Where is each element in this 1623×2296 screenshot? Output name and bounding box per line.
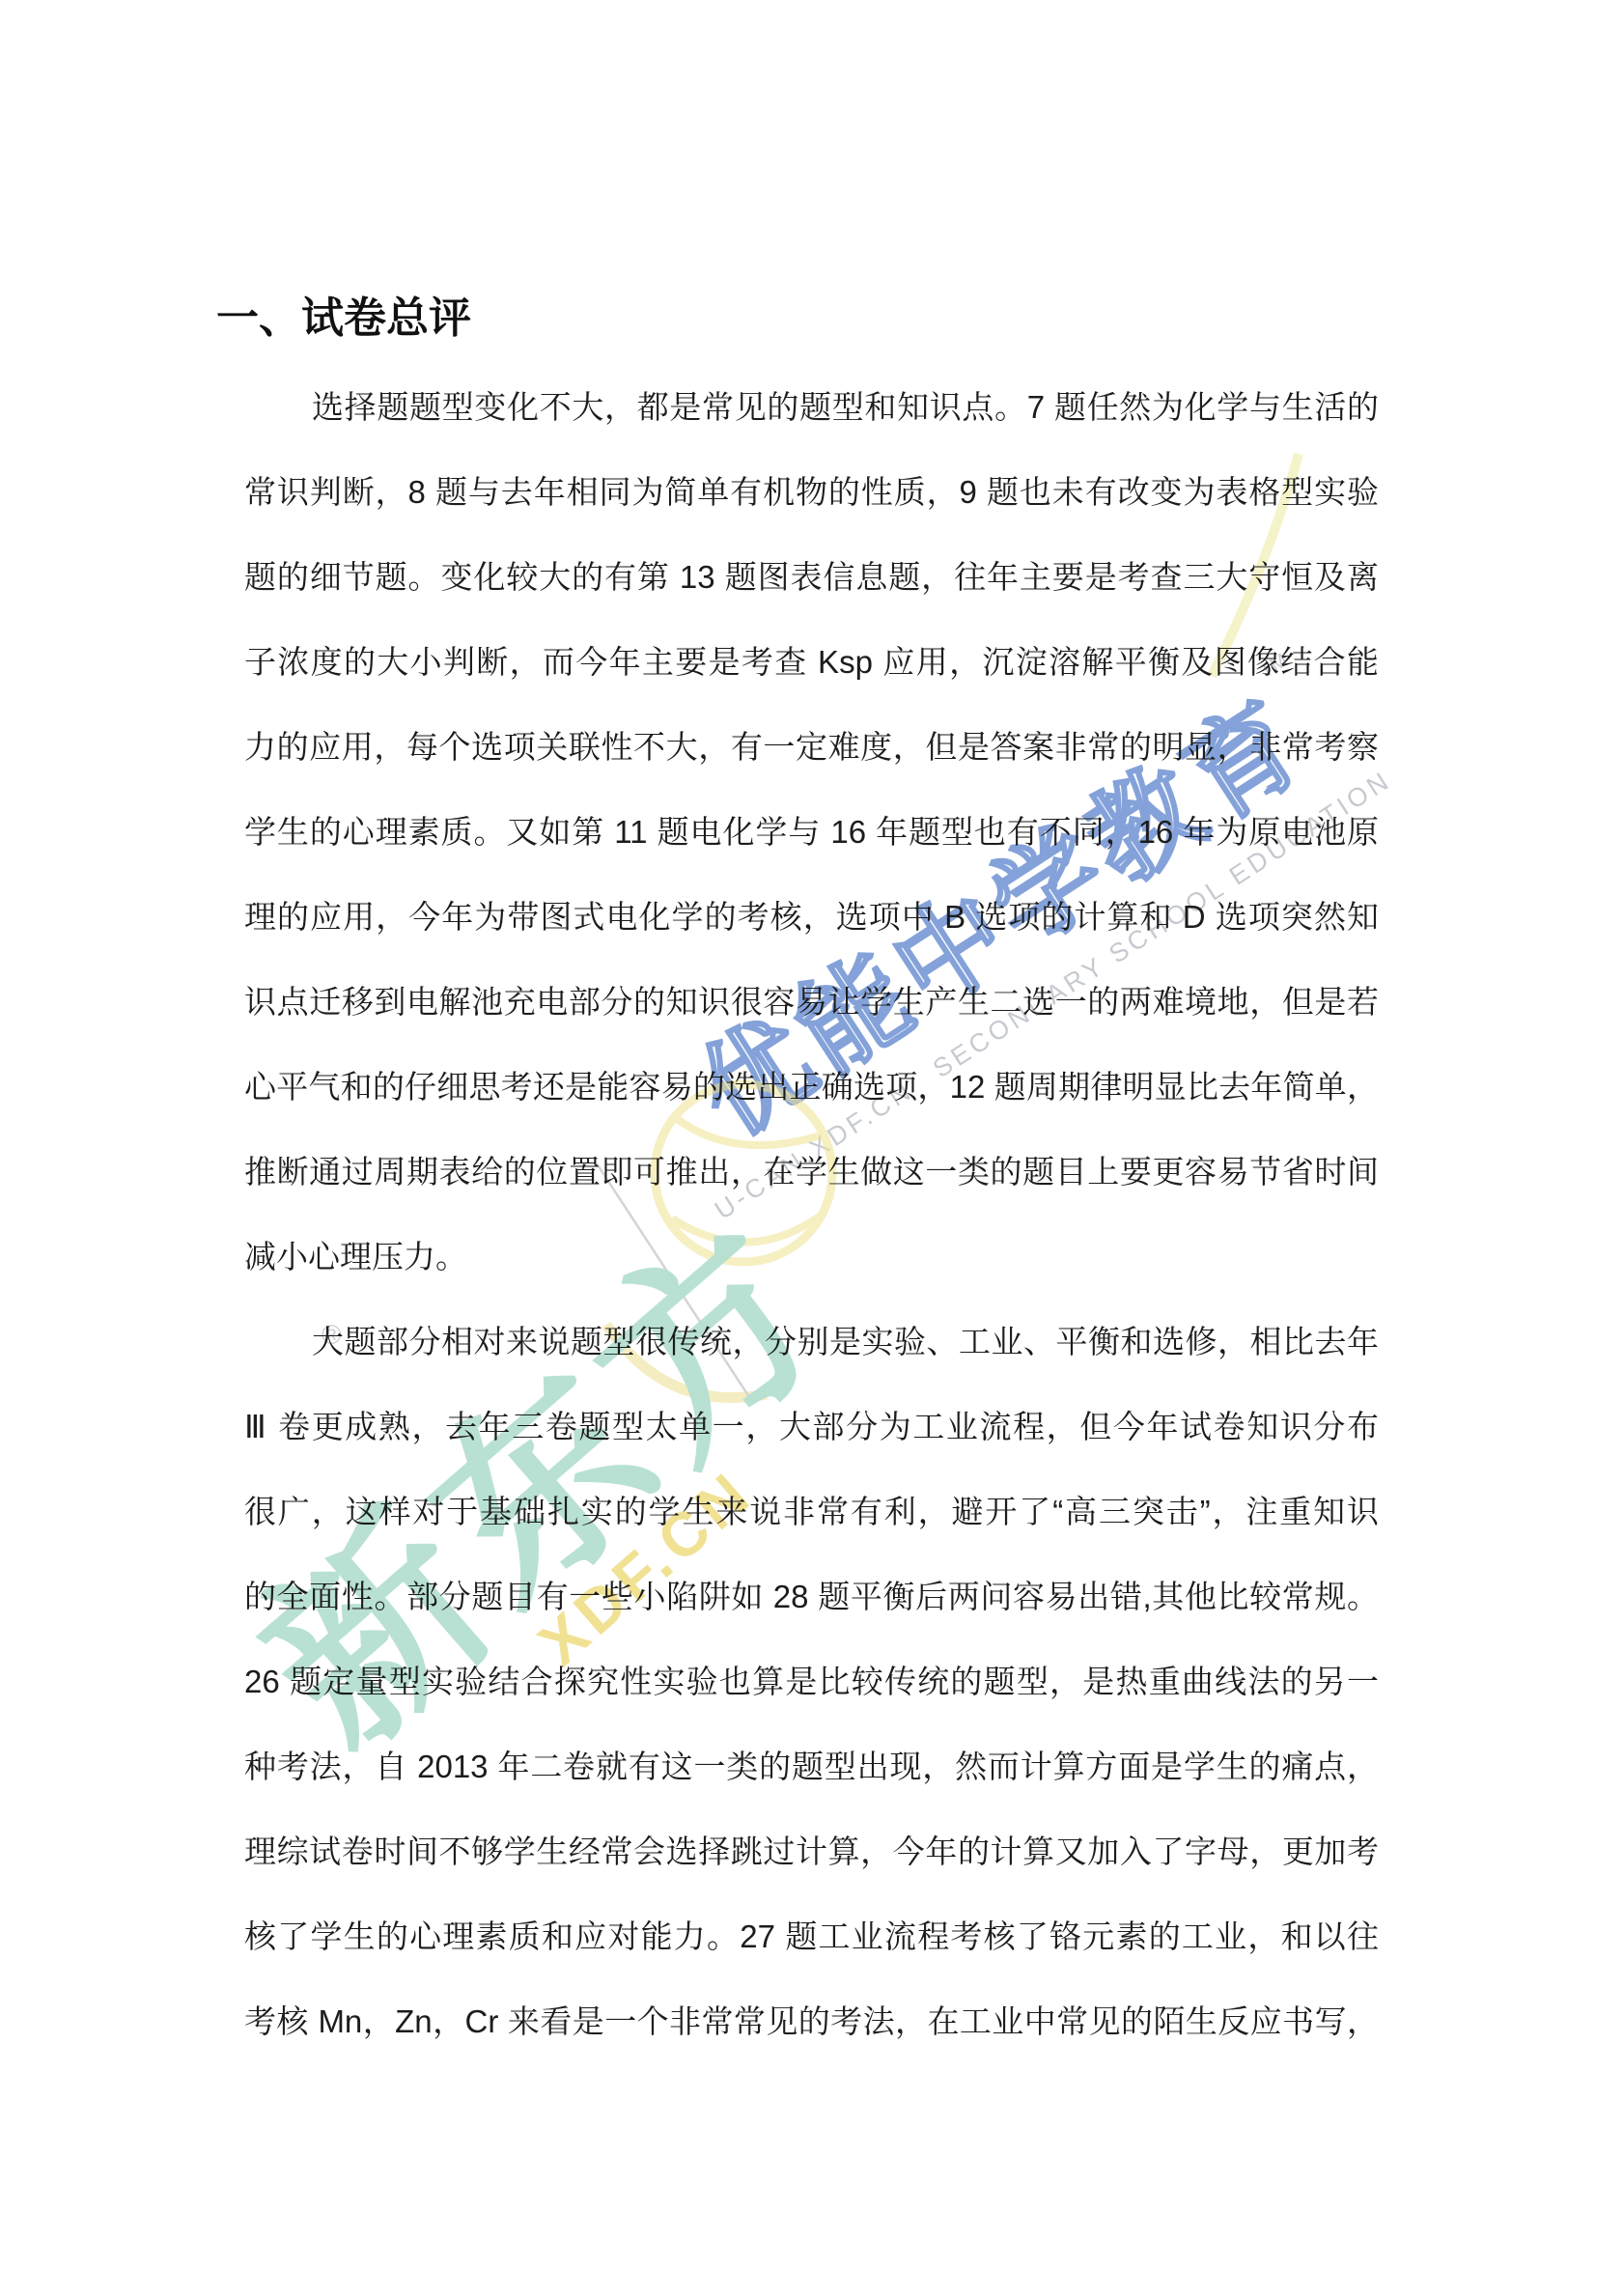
body-line: 学生的心理素质。又如第 11 题电化学与 16 年题型也有不同，16 年为原电池… <box>244 790 1379 875</box>
body-line: 识点迁移到电解池充电部分的知识很容易让学生产生二选一的两难境地，但是若 <box>244 960 1379 1045</box>
body-line: 推断通过周期表给的位置即可推出，在学生做这一类的题目上要更容易节省时间 <box>244 1130 1379 1215</box>
body-line: 26 题定量型实验结合探究性实验也算是比较传统的题型，是热重曲线法的另一 <box>244 1639 1379 1724</box>
body-line: 核了学生的心理素质和应对能力。27 题工业流程考核了铬元素的工业，和以往 <box>244 1894 1379 1979</box>
body-line: 常识判断，8 题与去年相同为简单有机物的性质，9 题也未有改变为表格型实验 <box>244 450 1379 535</box>
body-line: 大题部分相对来说题型很传统，分别是实验、工业、平衡和选修，相比去年 <box>244 1300 1379 1385</box>
body-line: 理综试卷时间不够学生经常会选择跳过计算，今年的计算又加入了字母，更加考 <box>244 1809 1379 1894</box>
body-line: 力的应用，每个选项关联性不大，有一定难度，但是答案非常的明显，非常考察 <box>244 705 1379 790</box>
body-line: 题的细节题。变化较大的有第 13 题图表信息题，往年主要是考查三大守恒及离 <box>244 535 1379 620</box>
body-line: 种考法，自 2013 年二卷就有这一类的题型出现，然而计算方面是学生的痛点， <box>244 1724 1379 1809</box>
body-line: 的全面性。部分题目有一些小陷阱如 28 题平衡后两问容易出错,其他比较常规。 <box>244 1554 1379 1639</box>
body-line: 子浓度的大小判断，而今年主要是考查 Ksp 应用，沉淀溶解平衡及图像结合能 <box>244 620 1379 705</box>
body-line: 选择题题型变化不大，都是常见的题型和知识点。7 题任然为化学与生活的 <box>244 365 1379 450</box>
body-line: 减小心理压力。 <box>244 1215 1379 1300</box>
body-line: 很广，这样对于基础扎实的学生来说非常有利，避开了“高三突击”，注重知识 <box>244 1470 1379 1554</box>
document-page: 优能中学教育 U-CAN.XDF.CN SECONDARY SCHOOL EDU… <box>0 0 1623 2296</box>
section-heading: 一、试卷总评 <box>216 295 471 342</box>
body-line: 心平气和的仔细思考还是能容易的选出正确选项，12 题周期律明显比去年简单， <box>244 1045 1379 1130</box>
body-line: 理的应用，今年为带图式电化学的考核，选项中 B 选项的计算和 D 选项突然知 <box>244 875 1379 960</box>
body-line: 考核 Mn，Zn，Cr 来看是一个非常常见的考法，在工业中常见的陌生反应书写， <box>244 1979 1379 2064</box>
body-line: Ⅲ 卷更成熟，去年三卷题型太单一，大部分为工业流程，但今年试卷知识分布 <box>244 1385 1379 1470</box>
document-body: 选择题题型变化不大，都是常见的题型和知识点。7 题任然为化学与生活的 常识判断，… <box>244 365 1379 2064</box>
